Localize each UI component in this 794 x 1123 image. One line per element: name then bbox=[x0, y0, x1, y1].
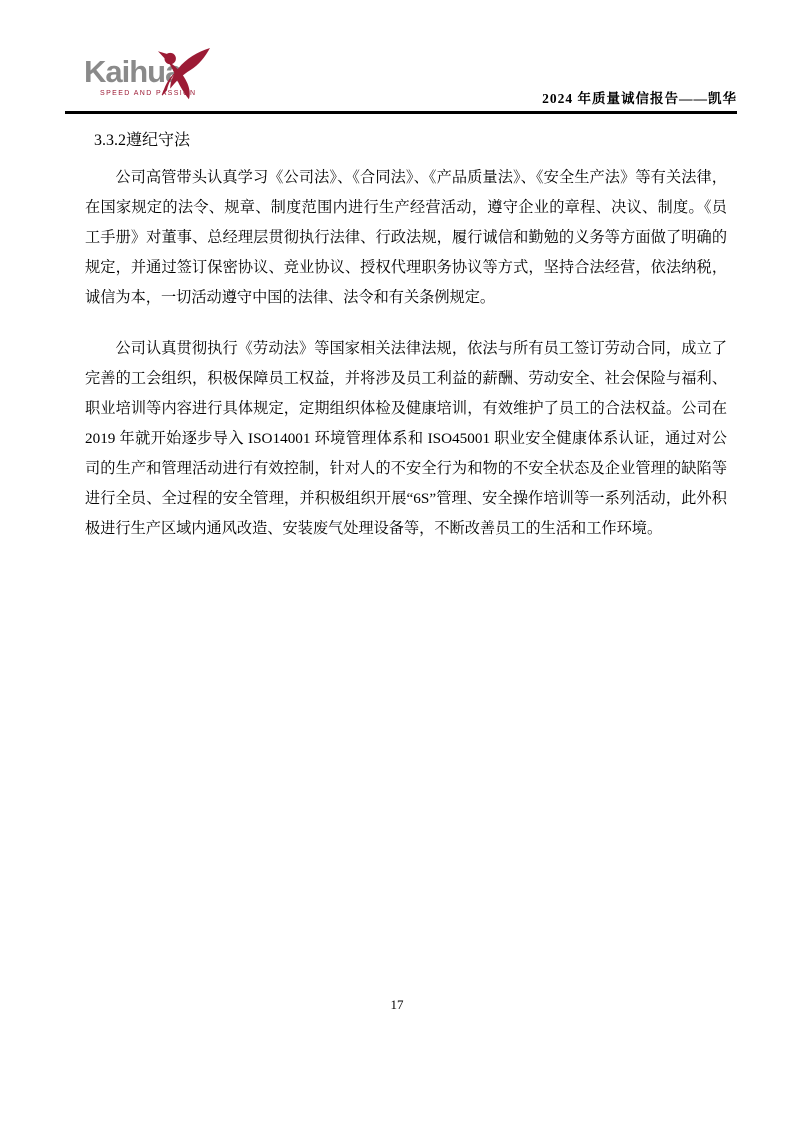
paragraph-2: 公司认真贯彻执行《劳动法》等国家相关法律法规，依法与所有员工签订劳动合同，成立了… bbox=[85, 334, 727, 544]
kaihua-logo: Kaihua SPEED AND PASSION bbox=[84, 54, 234, 110]
document-body: 3.3.2遵纪守法 公司高管带头认真学习《公司法》、《合同法》、《产品质量法》、… bbox=[85, 129, 727, 544]
page-footer: 17 bbox=[0, 997, 794, 1013]
page-number: 17 bbox=[391, 997, 404, 1012]
section-heading: 3.3.2遵纪守法 bbox=[94, 129, 727, 152]
report-title: 2024 年质量诚信报告——凯华 bbox=[542, 87, 737, 107]
document-page: Kaihua SPEED AND PASSION 2024 年质量诚信报告——凯… bbox=[0, 0, 794, 1123]
header-divider bbox=[65, 111, 737, 114]
hummingbird-icon bbox=[158, 48, 210, 100]
paragraph-1: 公司高管带头认真学习《公司法》、《合同法》、《产品质量法》、《安全生产法》等有关… bbox=[85, 163, 727, 313]
